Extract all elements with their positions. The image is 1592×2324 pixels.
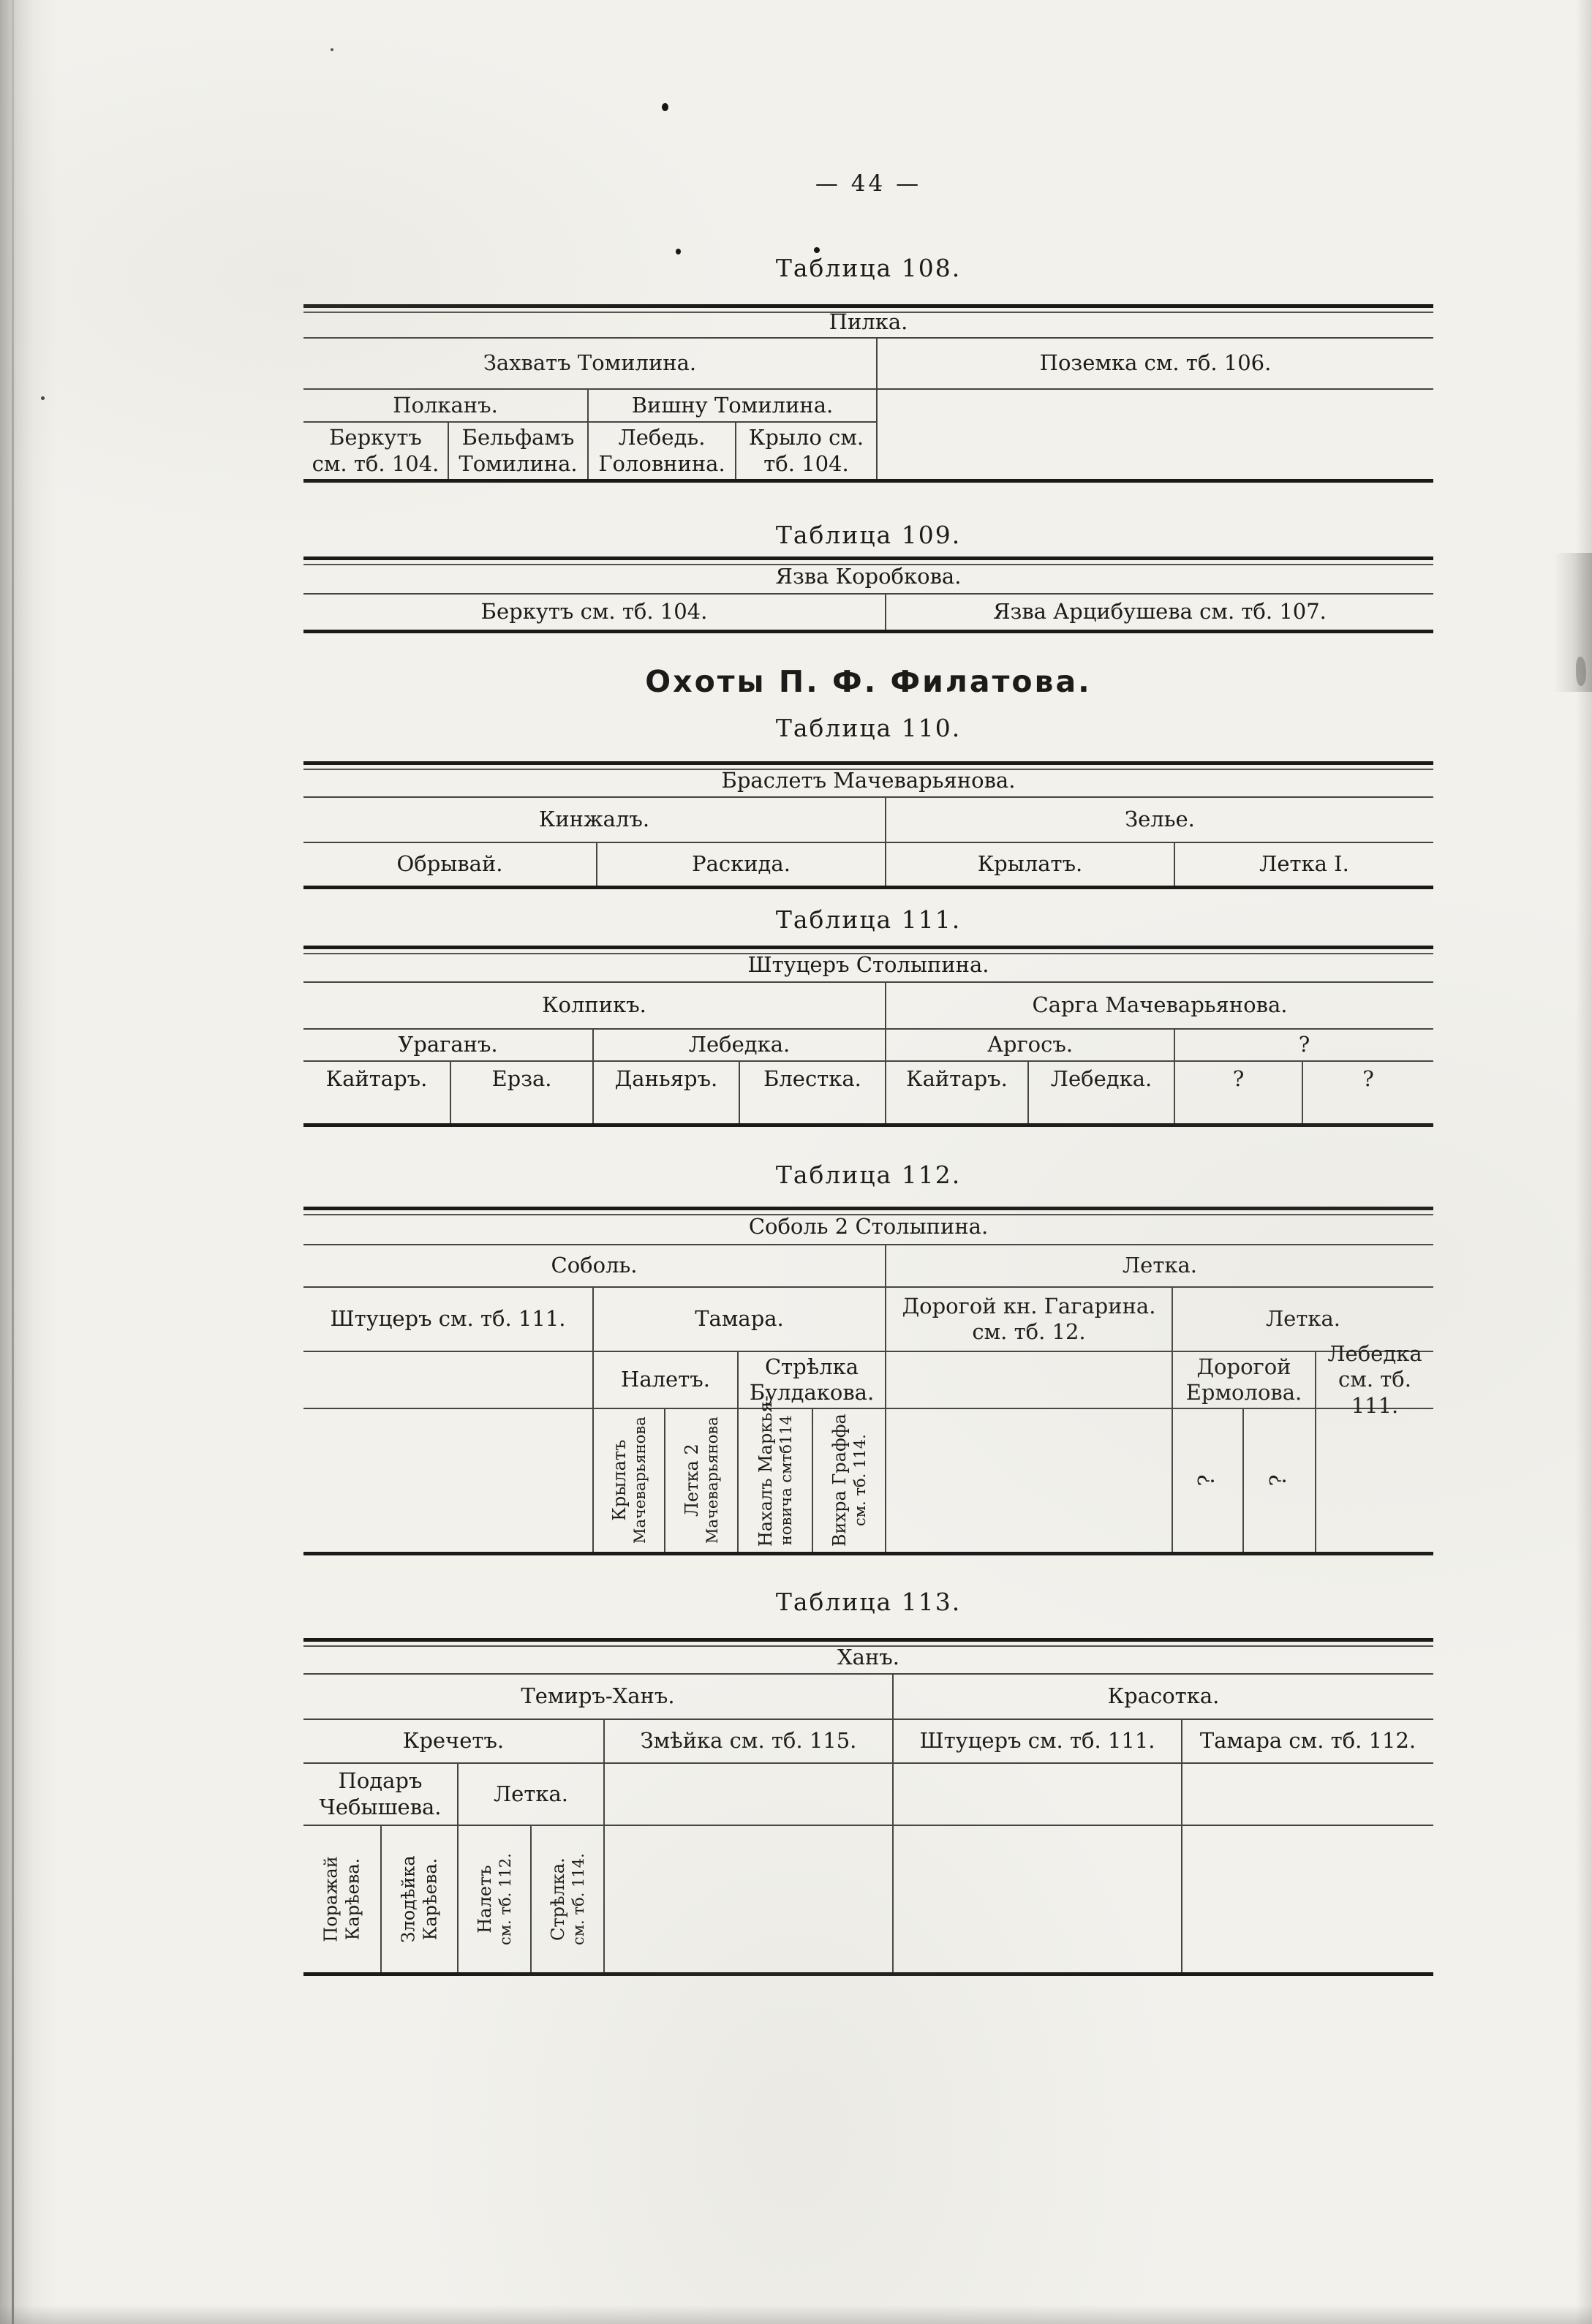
table-108-caption: Таблица 108. (303, 254, 1433, 282)
t110-sire-cell: Кинжалъ. (303, 798, 885, 843)
t113-cell-krechet: Кречетъ. (303, 1720, 603, 1764)
t111-cell-argos: Аргосъ. (885, 1030, 1174, 1062)
table-109-caption: Таблица 109. (303, 521, 1433, 549)
vtext-line: Карѣева. (420, 1855, 442, 1942)
t111-cell-lebedka: Лебедка. (592, 1030, 885, 1062)
t111-cell-unknown: ? (1174, 1030, 1433, 1062)
t108-cell-belfam: Бельфамъ Томилина. (448, 423, 587, 479)
t109-root-cell: Язва Коробкова. (303, 560, 1433, 595)
vtext-line: см. тб. 114. (569, 1853, 588, 1945)
t112-vertical-cell-nakhal: Нахалъ Маркья-новича смтб114 (737, 1409, 812, 1552)
table-113: Ханъ. Темиръ-Ханъ. Красотка. Кречетъ. Зм… (303, 1638, 1433, 1976)
t109-sire-cell: Беркутъ см. тб. 104. (303, 595, 885, 630)
t113-cell-tamara-ref: Тамара см. тб. 112. (1181, 1720, 1433, 1764)
t113-cell-shtutser-ref: Штуцеръ см. тб. 111. (892, 1720, 1181, 1764)
binding-edge-line (12, 0, 14, 2324)
t113-vertical-cell-strelka: Стрѣлка.см. тб. 114. (530, 1826, 603, 1972)
t112-unknown-cell: ? (1242, 1409, 1315, 1552)
t111-cell-unknown3: ? (1302, 1062, 1433, 1123)
t112-empty-cell (885, 1352, 1172, 1409)
t110-cell-letka: Летка I. (1174, 843, 1433, 886)
vtext-line: Налетъ (474, 1853, 496, 1945)
t112-cell-nalet: Налетъ. (592, 1352, 737, 1409)
t113-vertical-cell-zlodeika: ЗлодѣйкаКарѣева. (380, 1826, 457, 1972)
t111-cell-uragan: Ураганъ. (303, 1030, 592, 1062)
t113-cell-letka: Летка. (457, 1764, 603, 1826)
table-110: Браслетъ Мачеварьянова. Кинжалъ. Зелье. … (303, 761, 1433, 889)
page-fold-artifact (1554, 553, 1592, 692)
table-111: Штуцеръ Столыпина. Колпикъ. Сарга Мачева… (303, 946, 1433, 1127)
table-110-caption: Таблица 110. (303, 714, 1433, 742)
t110-cell-krylat: Крылатъ. (885, 843, 1174, 886)
vtext-line: Карѣева. (342, 1856, 364, 1942)
t113-empty-cell (1181, 1764, 1433, 1826)
t113-vertical-cell-porazhai: ПоражайКарѣева. (303, 1826, 380, 1972)
vtext-line: Стрѣлка. (547, 1853, 569, 1945)
page-number: — 44 — (303, 170, 1433, 197)
t113-cell-zmeika: Змѣйка см. тб. 115. (603, 1720, 892, 1764)
t113-empty-cell (892, 1764, 1181, 1826)
t113-sire-cell: Темиръ-Ханъ. (303, 1675, 892, 1720)
t111-cell-kaitar1: Кайтаръ. (303, 1062, 450, 1123)
t108-sire-cell: Захватъ Томилина. (303, 339, 876, 390)
table-112-caption: Таблица 112. (303, 1161, 1433, 1189)
vtext-line: Летка 2 (681, 1417, 703, 1544)
t112-root-cell: Соболь 2 Столыпина. (303, 1210, 1433, 1245)
t108-cell-krylo: Крыло см. тб. 104. (735, 423, 876, 479)
t111-cell-daniar: Даньяръ. (592, 1062, 739, 1123)
t112-unknown-cell: ? (1172, 1409, 1242, 1552)
rotated-question-mark: ? (1194, 1474, 1221, 1486)
t113-empty-cell (603, 1826, 892, 1972)
t112-vertical-cell-vikhra: Вихра Граффасм. тб. 114. (812, 1409, 885, 1552)
t112-vertical-cell-letka2: Летка 2Мачеварьянова (664, 1409, 737, 1552)
t110-cell-raskida: Раскида. (596, 843, 885, 886)
t108-cell-polkan: Полканъ. (303, 390, 587, 423)
page-fold-notch (1576, 657, 1586, 686)
table-112: Соболь 2 Столыпина. Соболь. Летка. Штуце… (303, 1207, 1433, 1555)
t110-root-cell: Браслетъ Мачеварьянова. (303, 765, 1433, 798)
bottom-edge-shadow (0, 2305, 1592, 2324)
binding-edge-shadow (0, 0, 57, 2324)
t111-cell-kaitar2: Кайтаръ. (885, 1062, 1027, 1123)
t110-dam-cell: Зелье. (885, 798, 1433, 843)
page-content: — 44 — Таблица 108. Пилка. Захватъ Томил… (303, 0, 1433, 1976)
t113-empty-cell (603, 1764, 892, 1826)
t112-cell-dorogoi-ermolova: Дорогой Ермолова. (1172, 1352, 1315, 1409)
t111-root-cell: Штуцеръ Столыпина. (303, 949, 1433, 983)
t112-empty-cell (1315, 1409, 1433, 1552)
t111-cell-lebedka2: Лебедка. (1027, 1062, 1174, 1123)
t111-sire-cell: Колпикъ. (303, 983, 885, 1030)
t111-dam-cell: Сарга Мачеварьянова. (885, 983, 1433, 1030)
t113-empty-cell (1181, 1826, 1433, 1972)
t112-cell-tamara: Тамара. (592, 1288, 885, 1352)
t111-cell-erza: Ерза. (450, 1062, 592, 1123)
t112-empty-cell (885, 1409, 1172, 1552)
t112-cell-lebedka-ref: Лебедка см. тб. 111. (1315, 1352, 1433, 1409)
table-108: Пилка. Захватъ Томилина. Поземка см. тб.… (303, 304, 1433, 483)
vtext-line: Вихра Граффа (829, 1414, 850, 1547)
vtext-line: см. тб. 112. (496, 1853, 515, 1945)
t112-empty-cell (303, 1352, 592, 1409)
t112-sire-cell: Соболь. (303, 1245, 885, 1288)
section-heading: Охоты П. Ф. Филатова. (303, 664, 1433, 699)
t111-cell-unknown2: ? (1174, 1062, 1302, 1123)
t112-vertical-cell-krylat: КрылатъМачеварьянова (592, 1409, 664, 1552)
t112-cell-shtutser: Штуцеръ см. тб. 111. (303, 1288, 592, 1352)
t113-dam-cell: Красотка. (892, 1675, 1433, 1720)
vtext-line: Поражай (320, 1856, 342, 1942)
t108-cell-berkut: Беркутъ см. тб. 104. (303, 423, 448, 479)
t108-root-cell: Пилка. (303, 308, 1433, 339)
t113-cell-podar: Подаръ Чебышева. (303, 1764, 457, 1826)
t108-cell-lebed: Лебедь. Головнина. (587, 423, 735, 479)
t108-cell-vishnu: Вишну Томилина. (587, 390, 876, 423)
t113-root-cell: Ханъ. (303, 1642, 1433, 1675)
t112-empty-cell (303, 1409, 592, 1552)
t111-cell-blestka: Блестка. (739, 1062, 885, 1123)
t110-cell-obryvai: Обрывай. (303, 843, 596, 886)
vtext-line: Мачеварьянова (630, 1417, 649, 1544)
vtext-line: Нахалъ Маркья- (755, 1414, 777, 1547)
vtext-line: новича смтб114 (777, 1414, 796, 1547)
vtext-line: Крылатъ (608, 1417, 630, 1544)
t108-empty-cell (876, 390, 1433, 479)
vtext-line: см. тб. 114. (850, 1414, 869, 1547)
scanned-book-page: { "page": { "number_display": "— 44 —", … (0, 0, 1592, 2324)
table-111-caption: Таблица 111. (303, 905, 1433, 934)
t112-dam-cell: Летка. (885, 1245, 1433, 1288)
t112-cell-dorogoi-gagarina: Дорогой кн. Гагарина. см. тб. 12. (885, 1288, 1172, 1352)
vtext-line: Мачеварьянова (703, 1417, 722, 1544)
right-edge-shadow (1576, 0, 1592, 2324)
table-109: Язва Коробкова. Беркутъ см. тб. 104. Язв… (303, 557, 1433, 633)
ink-spot (41, 396, 45, 400)
t113-vertical-cell-nalet: Налетъсм. тб. 112. (457, 1826, 530, 1972)
table-113-caption: Таблица 113. (303, 1588, 1433, 1616)
t108-dam-cell: Поземка см. тб. 106. (876, 339, 1433, 390)
rotated-question-mark: ? (1266, 1474, 1293, 1486)
vtext-line: Злодѣйка (398, 1855, 420, 1942)
t109-dam-cell: Язва Арцибушева см. тб. 107. (885, 595, 1433, 630)
t113-empty-cell (892, 1826, 1181, 1972)
